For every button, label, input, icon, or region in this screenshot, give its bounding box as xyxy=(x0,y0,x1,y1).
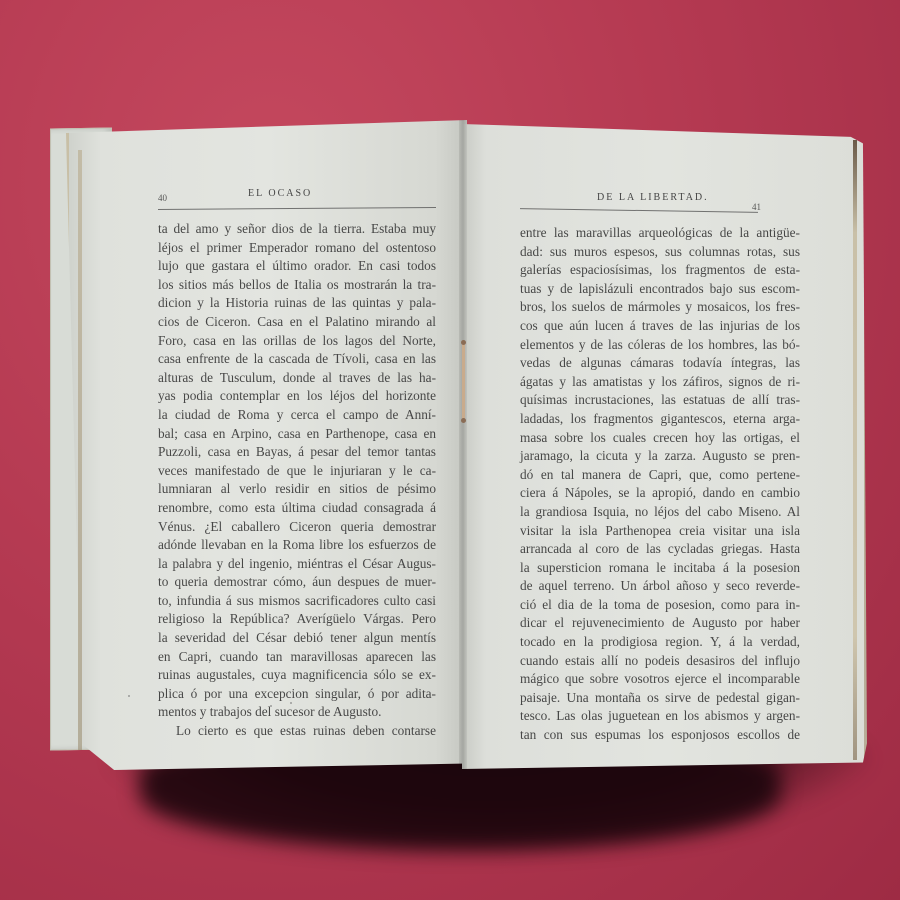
text-line: bros, los suelos de mármoles y mosaicos,… xyxy=(520,298,800,317)
text-line: los sitios más bellos de Italia os mostr… xyxy=(158,276,436,295)
paper-speck xyxy=(290,702,292,704)
text-line: lumniaran al verlo residir en sitios de … xyxy=(158,480,436,499)
text-line: tuas y de lapislázuli encontrados bajo s… xyxy=(520,280,800,299)
paper-speck xyxy=(270,705,272,707)
text-line: mentos y trabajos del sucesor de Augusto… xyxy=(158,703,436,722)
text-line: adónde llevaban en la Roma libre los esf… xyxy=(158,536,436,555)
text-line: arrancada al coro de las cycladas griega… xyxy=(520,540,800,559)
text-line: en Capri, cuando tan maravillosas aparec… xyxy=(158,648,436,667)
stitch-hole-bottom xyxy=(461,418,466,423)
text-line: casa enfrente de la cascada de Tívoli, c… xyxy=(158,350,436,369)
text-line: entre las maravillas arqueológicas de la… xyxy=(520,224,800,243)
text-line: dicion y la Historia ruinas de las quint… xyxy=(158,294,436,313)
text-line: Puzzoli, casa en Bayas, á pesar del temo… xyxy=(158,443,436,462)
left-running-head: EL OCASO xyxy=(248,188,312,199)
left-page-edge xyxy=(78,150,82,750)
binding-thread xyxy=(462,340,465,420)
text-line: cos que aún lucen á traves de las injuri… xyxy=(520,317,800,336)
text-line: la palabra y del ingenio, miéntras el Cé… xyxy=(158,555,436,574)
text-line: dad: sus muros espesos, sus columnas rot… xyxy=(520,243,800,262)
text-line: léjos el primer Emperador romano del ost… xyxy=(158,239,436,258)
stitch-hole-top xyxy=(461,340,466,345)
left-page-body: ta del amo y señor dios de la tierra. Es… xyxy=(158,220,436,741)
text-line: to queria demostrar cómo, áun despues de… xyxy=(158,573,436,592)
text-line: to, infundia á sus mismos sacrificadores… xyxy=(158,592,436,611)
text-line: visitar la isla Parthenopea creia visita… xyxy=(520,522,800,541)
text-line: Foro, casa en las orillas de los lagos d… xyxy=(158,332,436,351)
text-line: ta del amo y señor dios de la tierra. Es… xyxy=(158,220,436,239)
text-line: tan con sus espumas los esponjosos escol… xyxy=(520,726,800,745)
text-line: Lo cierto es que estas ruinas deben cont… xyxy=(158,722,436,741)
text-line: mágico que sobre vosotros ejerce el inco… xyxy=(520,670,800,689)
paper-speck xyxy=(128,695,130,697)
text-line: ruinas augustales, cuya magnificencia só… xyxy=(158,666,436,685)
right-running-head: DE LA LIBERTAD. xyxy=(597,192,709,203)
text-line: dó en tal manera de Capri, que, como per… xyxy=(520,466,800,485)
text-line: renombre, como esta última ciudad consag… xyxy=(158,499,436,518)
text-line: Vénus. ¿El caballero Ciceron queria demo… xyxy=(158,518,436,537)
text-line: la grandiosa Isquia, no léjos del cabo M… xyxy=(520,503,800,522)
text-line: tocado en la prodigiosa region. Y, á la … xyxy=(520,633,800,652)
text-line: ladadas, los fragmentos gigantescos, ete… xyxy=(520,410,800,429)
text-line: elementos y de las cóleras de los hombre… xyxy=(520,336,800,355)
text-line: plica ó por una excepcion singular, ó po… xyxy=(158,685,436,704)
left-page-number: 40 xyxy=(158,193,167,203)
text-line: quísimas incrustaciones, las estatuas de… xyxy=(520,391,800,410)
book-gutter xyxy=(459,120,467,770)
text-line: tesco. Las olas juguetean en los abismos… xyxy=(520,707,800,726)
text-line: alturas de Tusculum, donde al traves de … xyxy=(158,369,436,388)
text-line: la ciudad de Roma y cerca el campo de An… xyxy=(158,406,436,425)
text-line: dicar el rejuvenecimiento de Augusto por… xyxy=(520,614,800,633)
right-page-body: entre las maravillas arqueológicas de la… xyxy=(520,224,800,745)
paper-speck xyxy=(790,365,792,367)
text-line: paisaje. Una montaña os sirve de pedesta… xyxy=(520,689,800,708)
text-line: masa sobre los cuales crecen hoy las ort… xyxy=(520,429,800,448)
text-line: jaramago, la cicuta y la zarza. Augusto … xyxy=(520,447,800,466)
text-line: ciera á Nápoles, se la apropió, dando en… xyxy=(520,484,800,503)
right-page-number: 41 xyxy=(752,202,761,212)
text-line: religioso la República? Averígüelo Várga… xyxy=(158,610,436,629)
text-line: bal; casa en Arpino, casa en Parthenope,… xyxy=(158,425,436,444)
text-line: la severidad del César debió tener algun… xyxy=(158,629,436,648)
text-line: vedas de algunas cámaras todavía íntegra… xyxy=(520,354,800,373)
text-line: galerías espaciosísimas, los fragmentos … xyxy=(520,261,800,280)
text-line: cios de Ciceron. Casa en el Palatino mir… xyxy=(158,313,436,332)
text-line: lujo que gastara el último orador. En ca… xyxy=(158,257,436,276)
text-line: ágatas y las amatistas y los záfiros, si… xyxy=(520,373,800,392)
text-line: de aquel terreno. Un árbol añoso y seco … xyxy=(520,577,800,596)
text-line: cuando estais allí no podeis desasiros d… xyxy=(520,652,800,671)
right-page-edge xyxy=(853,140,857,760)
text-line: la supersticion romana le incitaba á la … xyxy=(520,559,800,578)
text-line: yas podia contemplar en los léjos del ho… xyxy=(158,387,436,406)
text-line: ció el dia de la toma de posesion, como … xyxy=(520,596,800,615)
text-line: veces manifestado de que le injuriaran y… xyxy=(158,462,436,481)
